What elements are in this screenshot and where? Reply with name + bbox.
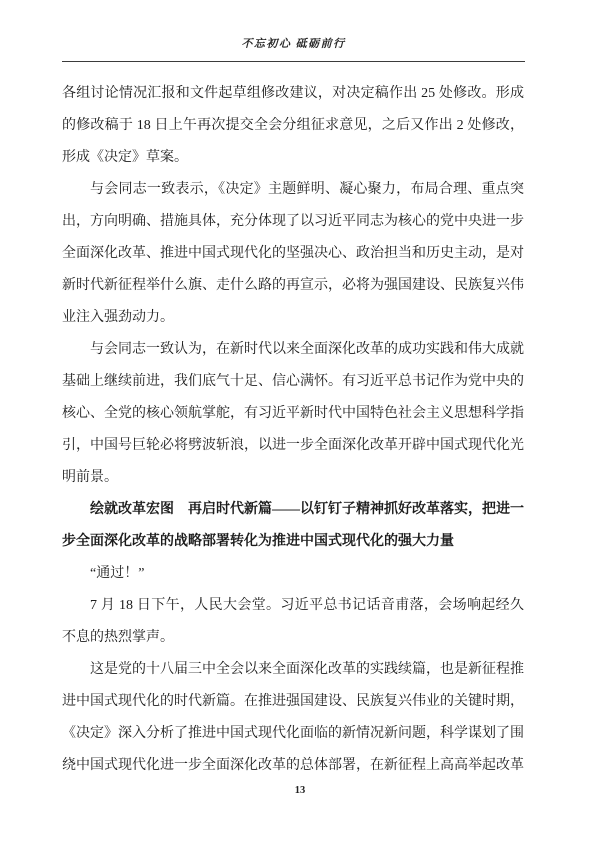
document-body: 各组讨论情况汇报和文件起草组修改建议，对决定稿作出 25 处修改。形成的修改稿于… xyxy=(62,78,524,782)
paragraph: “通过！” xyxy=(62,558,524,590)
document-page: 不忘初心 砥砺前行 各组讨论情况汇报和文件起草组修改建议，对决定稿作出 25 处… xyxy=(0,0,600,848)
page-number: 13 xyxy=(0,785,600,796)
paragraph: 这是党的十八届三中全会以来全面深化改革的实践续篇，也是新征程推进中国式现代化的时… xyxy=(62,654,524,782)
paragraph: 与会同志一致认为，在新时代以来全面深化改革的成功实践和伟大成就基础上继续前进，我… xyxy=(62,334,524,494)
paragraph: 7 月 18 日下午，人民大会堂。习近平总书记话音甫落，会场响起经久不息的热烈掌… xyxy=(62,590,524,654)
paragraph: 绘就改革宏图 再启时代新篇——以钉钉子精神抓好改革落实，把进一步全面深化改革的战… xyxy=(62,494,524,558)
paragraph: 与会同志一致表示，《决定》主题鲜明、凝心聚力，布局合理、重点突出，方向明确、措施… xyxy=(62,174,524,334)
running-header: 不忘初心 砥砺前行 xyxy=(62,36,525,52)
paragraph: 各组讨论情况汇报和文件起草组修改建议，对决定稿作出 25 处修改。形成的修改稿于… xyxy=(62,78,524,174)
header-rule xyxy=(62,61,525,62)
